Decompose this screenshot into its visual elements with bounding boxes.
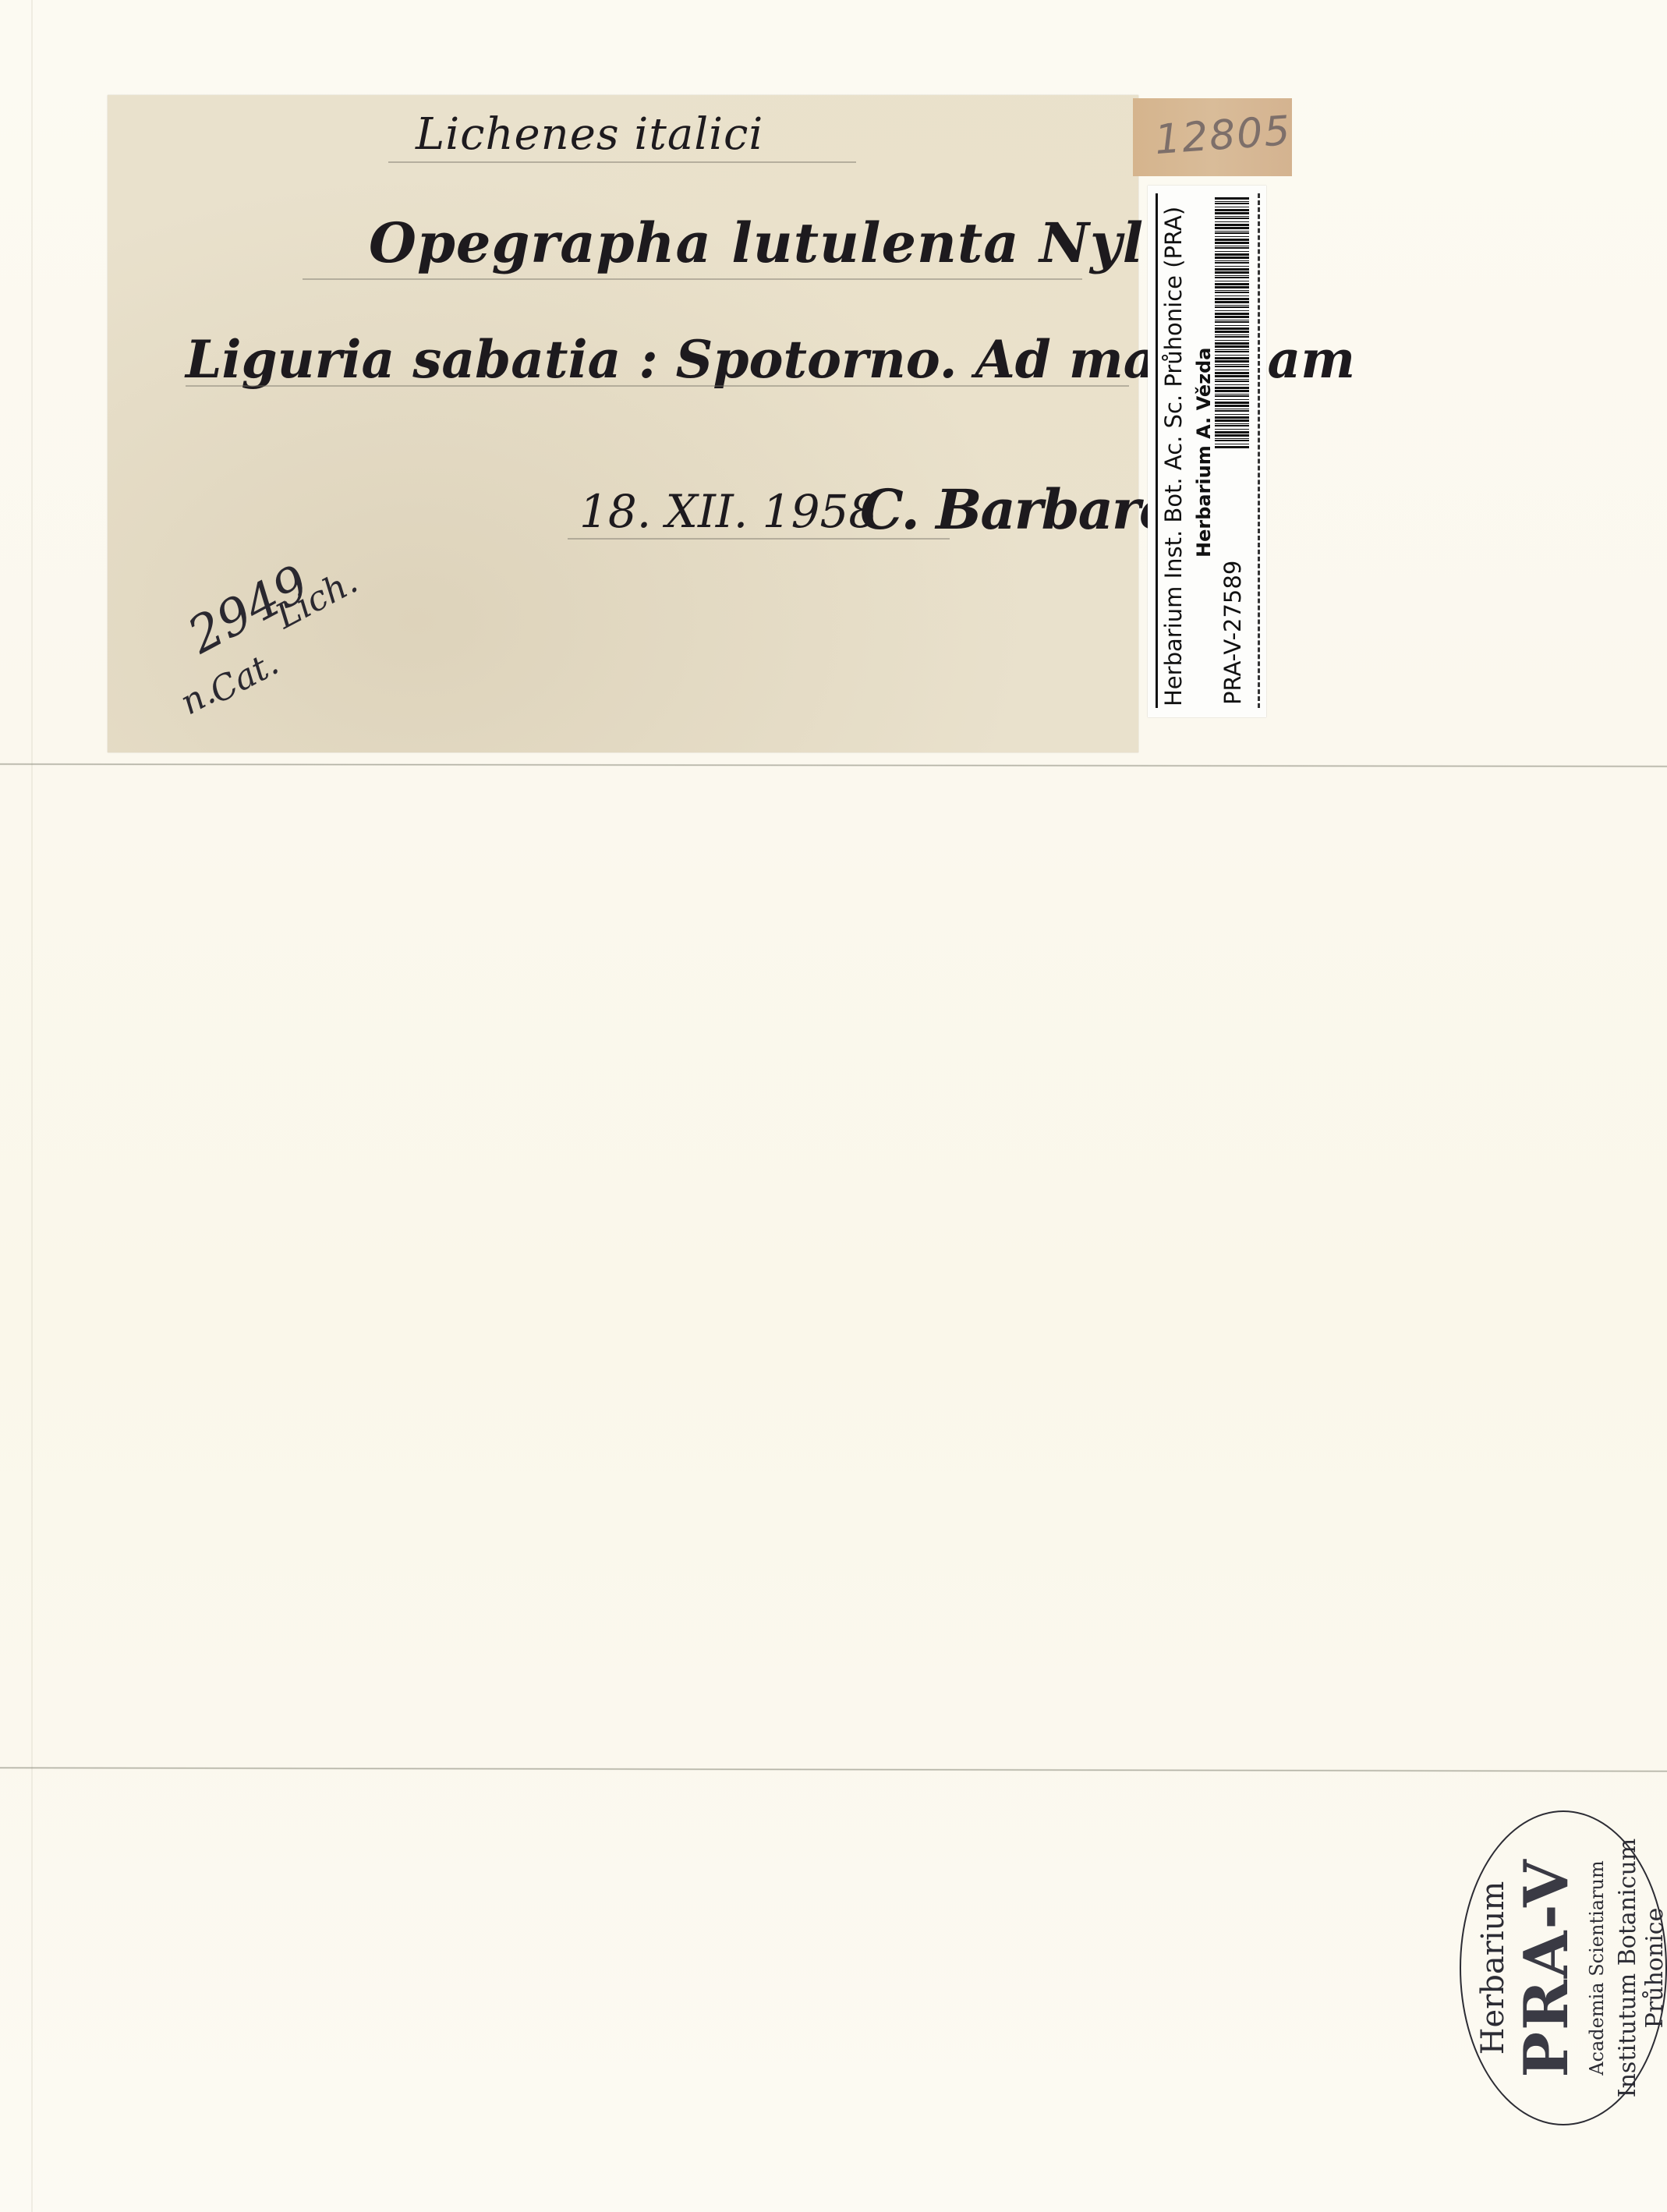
barcode-label: Herbarium Inst. Bot. Ac. Sc. Průhonice (… [1148, 186, 1266, 717]
taxon-name: Opegrapha lutulenta Nyl. [369, 211, 1164, 275]
collection-date: 18. XII. 1958 [579, 485, 877, 538]
label-border-line [1156, 193, 1158, 708]
herbarium-sheet: Lichenes italici Opegrapha lutulenta Nyl… [0, 0, 1667, 2212]
institution-name: Herbarium Inst. Bot. Ac. Sc. Průhonice (… [1160, 207, 1187, 706]
stamp-academy-text: Academia Scientiarum [1586, 1812, 1608, 2124]
taxon-underline [303, 278, 1082, 280]
barcode-icon [1215, 197, 1249, 448]
dashed-cut-line [1258, 193, 1260, 708]
catalog-annotation: n. 2949 Cat. Lich. [133, 517, 385, 750]
title-underline [388, 161, 856, 163]
barcode-label-content: Herbarium Inst. Bot. Ac. Sc. Průhonice (… [1148, 186, 1266, 717]
collection-name: Herbarium A. Vězda [1193, 348, 1215, 557]
date-underline [568, 538, 950, 540]
fold-line-upper [0, 763, 1667, 768]
fold-line-lower [0, 1767, 1667, 1772]
specimen-label: Lichenes italici Opegrapha lutulenta Nyl… [108, 95, 1138, 752]
label-title: Lichenes italici [416, 109, 763, 160]
specimen-id: PRA-V-27589 [1219, 561, 1246, 705]
stamp-herbarium-text: Herbarium [1475, 1812, 1511, 2124]
accession-strip: 12805 [1133, 98, 1292, 176]
sheet-edge [31, 0, 33, 2212]
stamp-content: Herbarium PRA-V Academia Scientiarum Ins… [1461, 1812, 1665, 2124]
herbarium-stamp: Herbarium PRA-V Academia Scientiarum Ins… [1460, 1810, 1667, 2125]
pencil-accession-number: 12805 [1153, 108, 1293, 164]
locality-underline [186, 385, 1129, 387]
collector-signature: C. Barbaro [860, 477, 1174, 542]
stamp-code: PRA-V [1511, 1812, 1582, 2124]
stamp-institute-text: Institutum Botanicum Průhonice [1614, 1812, 1667, 2124]
